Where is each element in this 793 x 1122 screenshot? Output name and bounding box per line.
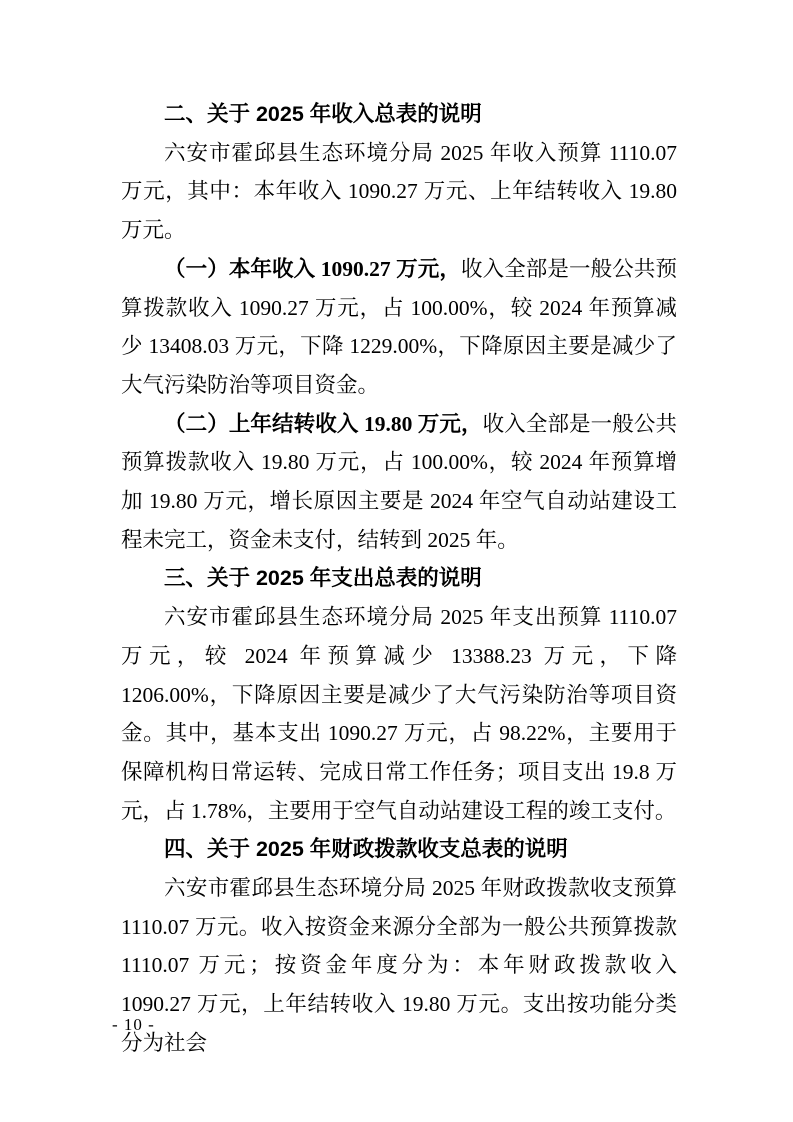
document-body: 二、关于 2025 年收入总表的说明 六安市霍邱县生态环境分局 2025 年收入… [121,95,677,1063]
document-page: 二、关于 2025 年收入总表的说明 六安市霍邱县生态环境分局 2025 年收入… [0,0,793,1122]
paragraph-lead-carryover-income: （二）上年结转收入 19.80 万元， [164,412,483,436]
paragraph-income-current-year: （一）本年收入 1090.27 万元，收入全部是一般公共预算拨款收入 1090.… [121,250,677,405]
paragraph-income-total: 六安市霍邱县生态环境分局 2025 年收入预算 1110.07 万元，其中：本年… [121,134,677,250]
page-number: - 10 - [112,1015,155,1035]
section-heading-income-summary: 二、关于 2025 年收入总表的说明 [121,95,677,134]
paragraph-income-carryover: （二）上年结转收入 19.80 万元，收入全部是一般公共预算拨款收入 19.80… [121,405,677,560]
paragraph-fiscal-appropriation: 六安市霍邱县生态环境分局 2025 年财政拨款收支预算 1110.07 万元。收… [121,869,677,1063]
section-heading-expenditure-summary: 三、关于 2025 年支出总表的说明 [121,559,677,598]
paragraph-expenditure-total: 六安市霍邱县生态环境分局 2025 年支出预算 1110.07 万元，较 202… [121,598,677,830]
paragraph-lead-current-year-income: （一）本年收入 1090.27 万元， [164,257,461,281]
section-heading-fiscal-appropriation-summary: 四、关于 2025 年财政拨款收支总表的说明 [121,830,677,869]
